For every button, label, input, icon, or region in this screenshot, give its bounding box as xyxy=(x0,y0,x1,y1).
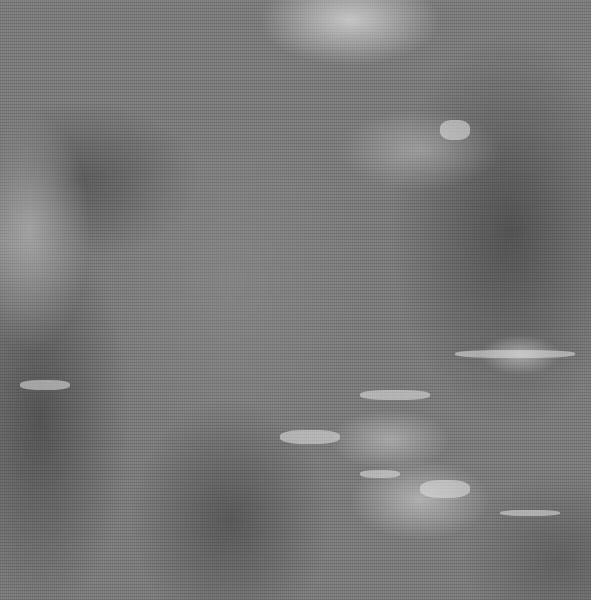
image-edge-margin xyxy=(591,0,600,600)
light-streak xyxy=(360,470,400,478)
light-streak xyxy=(500,510,560,516)
light-streak xyxy=(360,390,430,400)
light-streak xyxy=(20,380,70,390)
light-streak xyxy=(420,480,470,498)
light-streak xyxy=(455,350,575,358)
light-streak xyxy=(280,430,340,444)
light-streak xyxy=(440,120,470,140)
rug-texture xyxy=(0,0,591,600)
